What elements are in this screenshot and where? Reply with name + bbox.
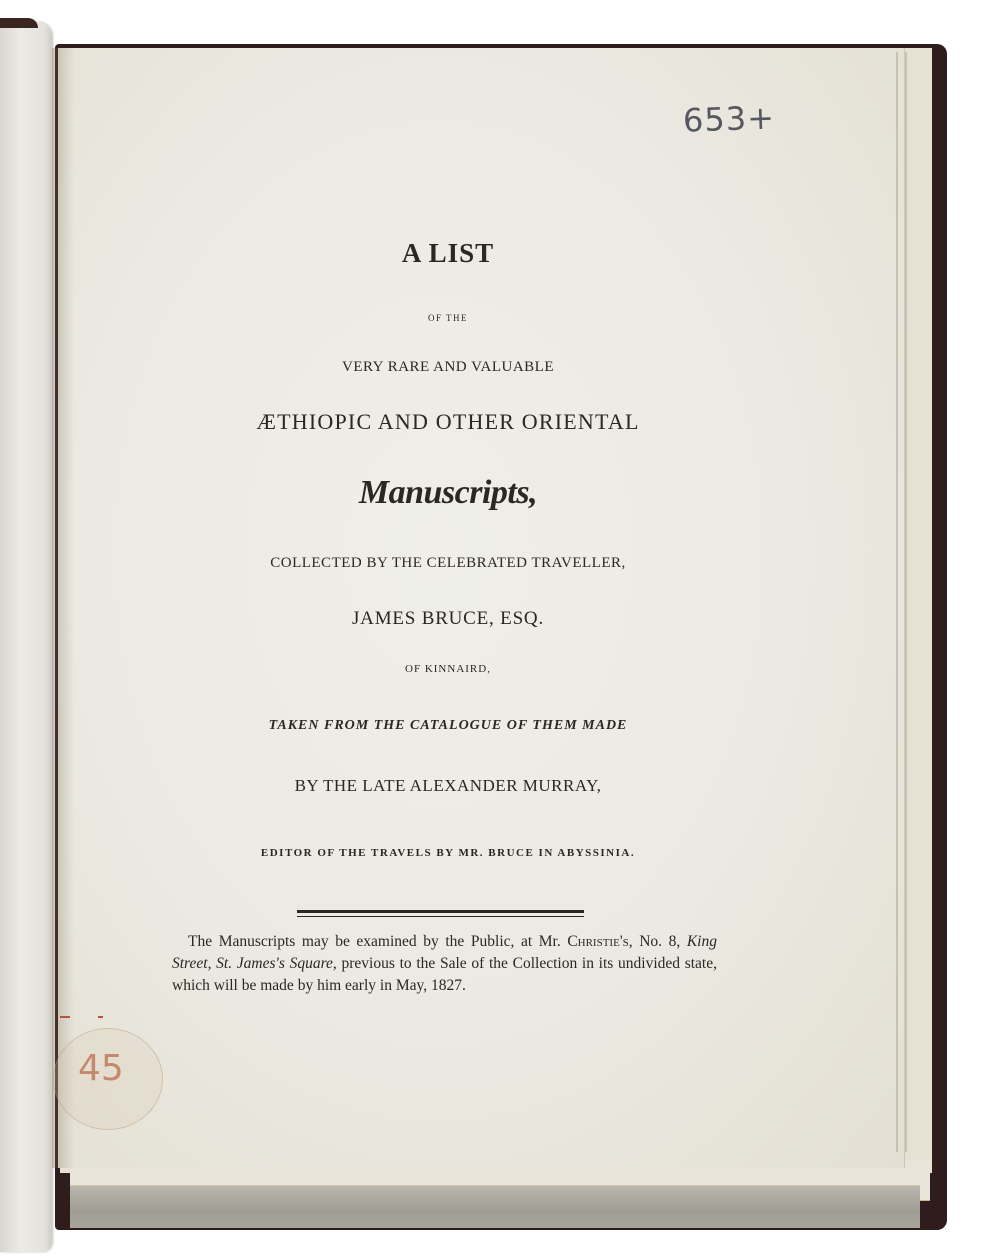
red-number: 45 [78, 1048, 124, 1089]
left-leaf-binding [0, 18, 38, 28]
line-aethiopic: ÆTHIOPIC AND OTHER ORIENTAL [58, 409, 838, 435]
line-of-the: OF THE [58, 313, 838, 323]
left-page-leaf [0, 22, 52, 1252]
notice-text: The Manuscripts may be examined by the P… [188, 933, 567, 950]
line-editor: EDITOR OF THE TRAVELS BY MR. BRUCE IN AB… [58, 847, 838, 859]
notice-christie: Christie's [567, 933, 628, 950]
line-very-rare: VERY RARE AND VALUABLE [58, 359, 838, 376]
page-edge-line [896, 52, 898, 1152]
divider-rule [297, 910, 584, 913]
line-manuscripts: Manuscripts, [58, 474, 838, 512]
notice-paragraph: The Manuscripts may be examined by the P… [172, 931, 717, 997]
line-taken-from: TAKEN FROM THE CATALOGUE OF THEM MADE [58, 718, 838, 734]
red-mark [60, 1016, 70, 1018]
notice-text: , No. 8, [629, 933, 687, 950]
bottom-board [70, 1185, 920, 1228]
divider-rule-thin [297, 916, 584, 917]
pencil-note: 653+ [682, 98, 775, 139]
line-author: JAMES BRUCE, ESQ. [58, 608, 838, 630]
page-edge-line [905, 52, 907, 1152]
title: A LIST [58, 238, 838, 269]
red-mark [98, 1016, 103, 1018]
line-collected: COLLECTED BY THE CELEBRATED TRAVELLER, [58, 555, 838, 572]
line-of-kinnaird: OF KINNAIRD, [58, 663, 838, 675]
line-by-late: BY THE LATE ALEXANDER MURRAY, [58, 776, 838, 796]
